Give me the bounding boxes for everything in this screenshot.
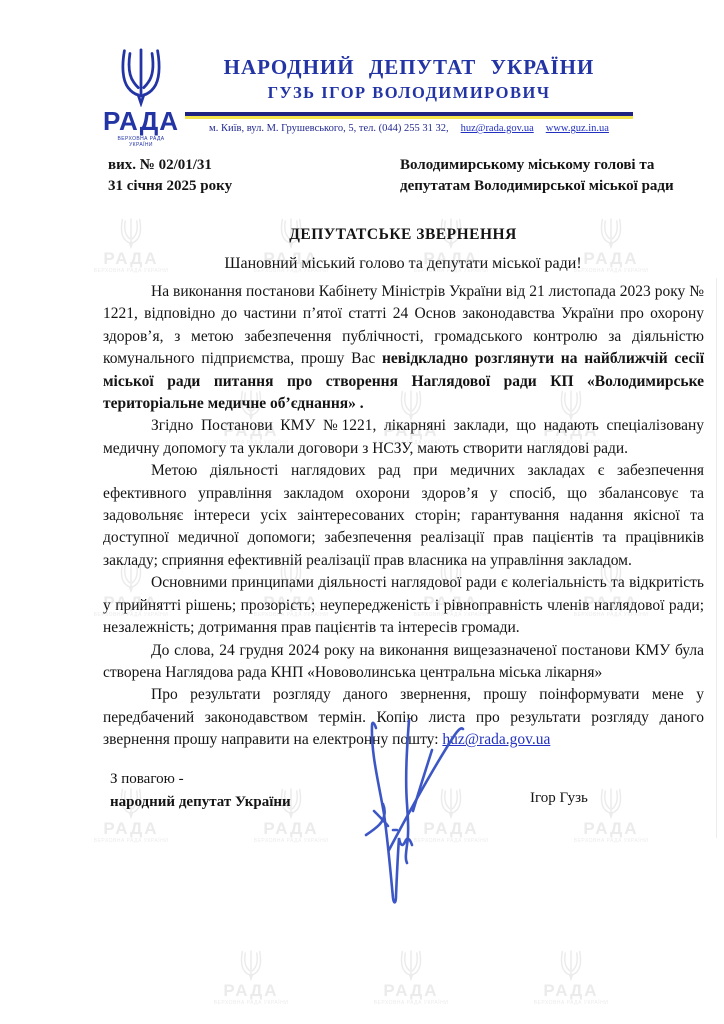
closing-position: народний депутат України — [110, 791, 291, 814]
letterhead: НАРОДНИЙ ДЕПУТАТ УКРАЇНИ ГУЗЬ ІГОР ВОЛОД… — [185, 55, 633, 134]
document-title: ДЕПУТАТСЬКЕ ЗВЕРНЕННЯ — [103, 226, 703, 244]
body-text-segment: Основними принципами діяльності наглядов… — [103, 574, 704, 636]
scan-artifact-line — [716, 278, 717, 838]
body-text-segment: Метою діяльності наглядових рад при меди… — [103, 462, 704, 569]
body-paragraph: До слова, 24 грудня 2024 року на виконан… — [103, 640, 704, 685]
letter-body: На виконання постанови Кабінету Міністрі… — [103, 281, 704, 752]
signer-name: Ігор Гузь — [530, 790, 588, 807]
closing-respect: З повагою - — [110, 768, 291, 791]
reference-block: вих. № 02/01/31 31 січня 2025 року — [108, 155, 232, 197]
addressee-block: Володимирському міському голові та депут… — [400, 155, 674, 197]
body-text-segment: До слова, 24 грудня 2024 року на виконан… — [103, 642, 704, 681]
letter-date: 31 січня 2025 року — [108, 176, 232, 197]
website-link[interactable]: www.guz.in.ua — [546, 123, 609, 134]
logo-caption: ВЕРХОВНА РАДА УКРАЇНИ — [93, 136, 189, 148]
deputy-name: ГУЗЬ ІГОР ВОЛОДИМИРОВИЧ — [185, 82, 633, 103]
trident-icon — [116, 48, 166, 107]
contact-line: м. Київ, вул. М. Грушевського, 5, тел. (… — [185, 123, 633, 134]
email-link[interactable]: huz@rada.gov.ua — [461, 123, 534, 134]
body-paragraph: Метою діяльності наглядових рад при меди… — [103, 460, 704, 572]
handwritten-signature — [352, 712, 487, 917]
rada-logo: РАДА ВЕРХОВНА РАДА УКРАЇНИ — [93, 48, 189, 148]
body-paragraph: Згідно Постанови КМУ №1221, лікарняні за… — [103, 415, 704, 460]
flag-divider — [185, 112, 633, 119]
body-text-segment: Згідно Постанови КМУ №1221, лікарняні за… — [103, 417, 704, 456]
closing-block: З повагою - народний депутат України — [110, 768, 291, 814]
body-paragraph: На виконання постанови Кабінету Міністрі… — [103, 281, 704, 415]
letter-page: РАДА ВЕРХОВНА РАДА УКРАЇНИ РАДА ВЕРХОВНА… — [0, 0, 724, 1024]
outgoing-number: вих. № 02/01/31 — [108, 155, 232, 176]
addressee-line: Володимирському міському голові та — [400, 155, 674, 176]
divider-yellow-stripe — [185, 116, 633, 119]
salutation: Шановний міський голово та депутати місь… — [103, 255, 703, 273]
letter-content: РАДА ВЕРХОВНА РАДА УКРАЇНИ НАРОДНИЙ ДЕПУ… — [0, 0, 724, 1024]
contact-address: м. Київ, вул. М. Грушевського, 5, тел. (… — [209, 123, 449, 134]
addressee-line: депутатам Володимирської міської ради — [400, 176, 674, 197]
body-paragraph: Основними принципами діяльності наглядов… — [103, 572, 704, 639]
logo-wordmark: РАДА — [93, 108, 189, 134]
deputy-title: НАРОДНИЙ ДЕПУТАТ УКРАЇНИ — [185, 55, 633, 80]
